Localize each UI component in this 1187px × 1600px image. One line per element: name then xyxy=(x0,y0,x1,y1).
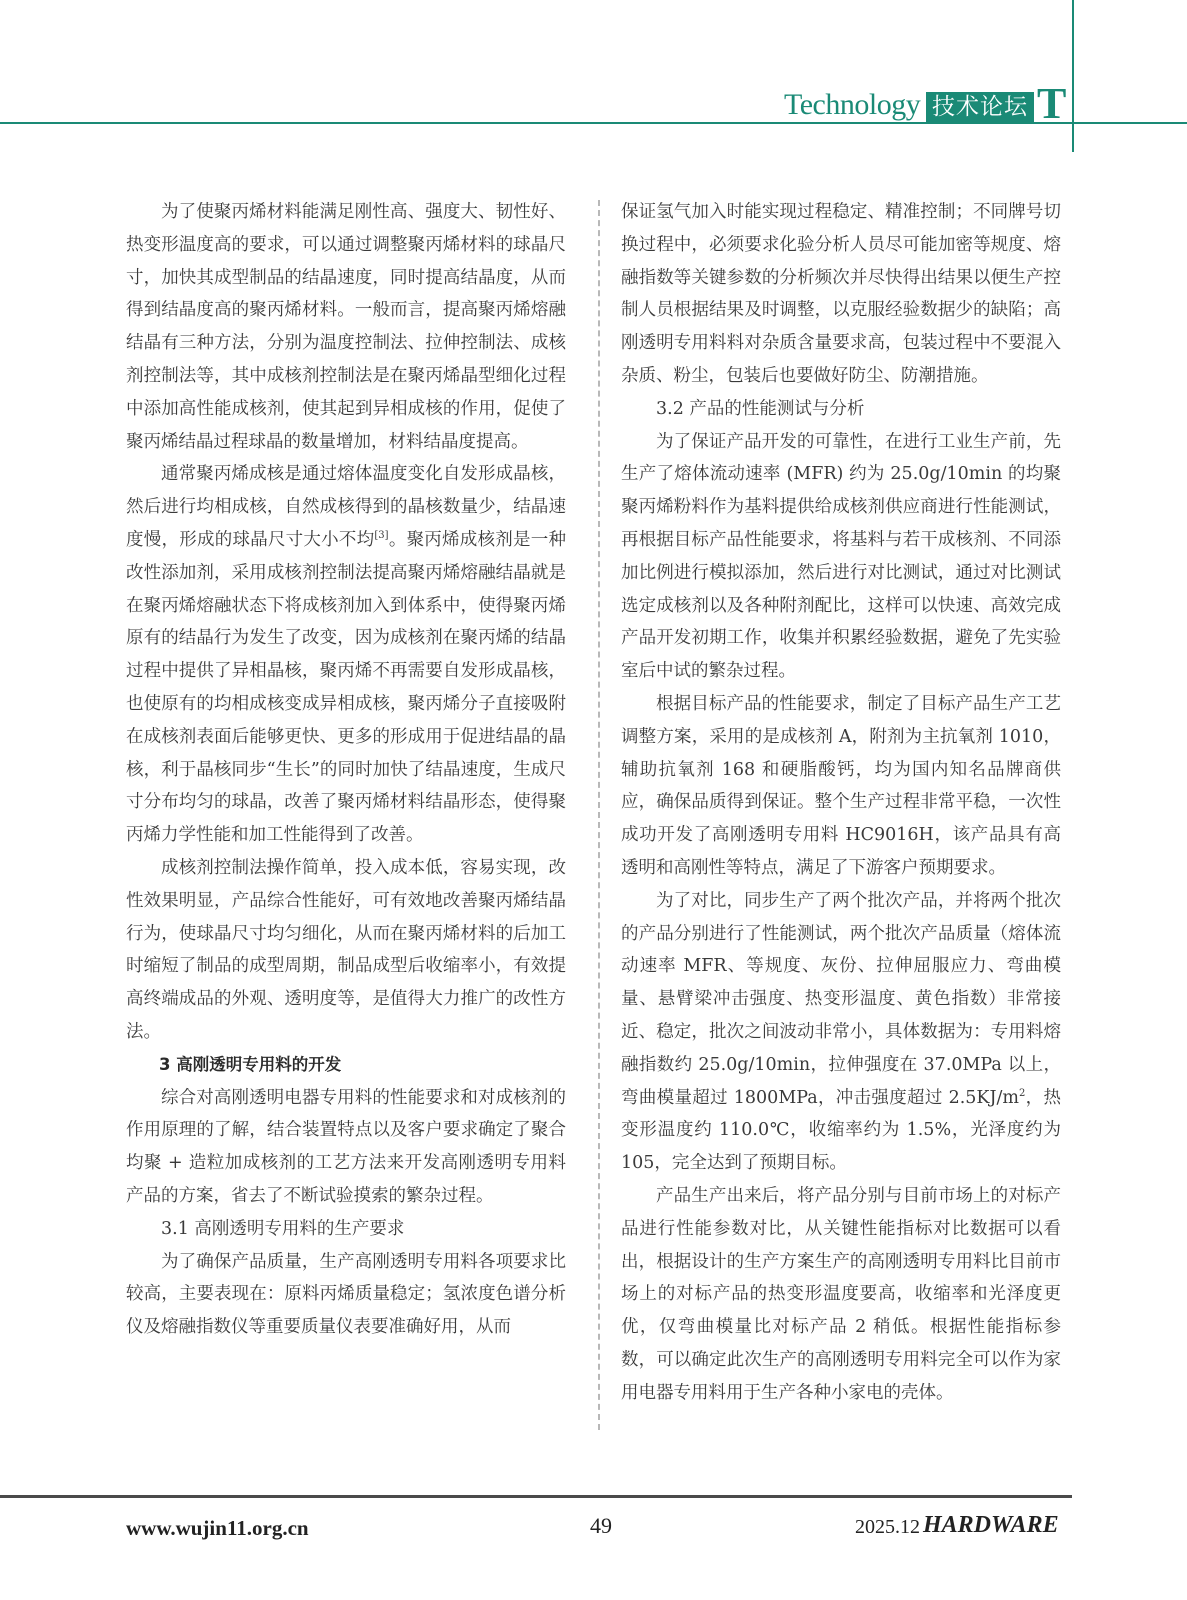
paragraph: 保证氢气加入时能实现过程稳定、精准控制；不同牌号切换过程中，必须要求化验分析人员… xyxy=(621,196,1061,393)
section-title-cn: 技术论坛 xyxy=(926,92,1034,122)
section-title-en: Technology xyxy=(784,88,920,122)
column-divider xyxy=(598,200,600,1430)
subsection-heading: 3.1 高刚透明专用料的生产要求 xyxy=(126,1213,566,1246)
issue-date: 2025.12 xyxy=(855,1516,920,1539)
right-column: 保证氢气加入时能实现过程稳定、精准控制；不同牌号切换过程中，必须要求化验分析人员… xyxy=(621,196,1061,1409)
paragraph: 为了对比，同步生产了两个批次产品，并将两个批次的产品分别进行了性能测试，两个批次… xyxy=(621,885,1061,1180)
header-rule xyxy=(0,122,1187,124)
paragraph: 为了确保产品质量，生产高刚透明专用料各项要求比较高，主要表现在：原料丙烯质量稳定… xyxy=(126,1246,566,1344)
footer-website: www.wujin11.org.cn xyxy=(126,1516,309,1541)
paragraph: 为了保证产品开发的可靠性，在进行工业生产前，先生产了熔体流动速率 (MFR) 约… xyxy=(621,426,1061,688)
left-column: 为了使聚丙烯材料能满足刚性高、强度大、韧性好、热变形温度高的要求，可以通过调整聚… xyxy=(126,196,566,1344)
subsection-heading: 3.2 产品的性能测试与分析 xyxy=(621,393,1061,426)
paragraph-text: 为了对比，同步生产了两个批次产品，并将两个批次的产品分别进行了性能测试，两个批次… xyxy=(621,891,1061,1108)
footer-rule xyxy=(0,1495,1072,1498)
paragraph-text: 。聚丙烯成核剂是一种改性添加剂，采用成核剂控制法提高聚丙烯熔融结晶就是在聚丙烯熔… xyxy=(126,530,566,845)
paragraph: 成核剂控制法操作简单，投入成本低，容易实现，改性效果明显，产品综合性能好，可有效… xyxy=(126,852,566,1049)
paragraph: 为了使聚丙烯材料能满足刚性高、强度大、韧性好、热变形温度高的要求，可以通过调整聚… xyxy=(126,196,566,458)
header-vertical-rule xyxy=(1072,0,1074,152)
magazine-name: HARDWARE xyxy=(923,1512,1059,1539)
paragraph: 产品生产出来后，将产品分别与目前市场上的对标产品进行性能参数对比，从关键性能指标… xyxy=(621,1180,1061,1410)
section-letter-logo: T xyxy=(1037,84,1066,124)
citation-ref: [3] xyxy=(374,530,388,541)
paragraph: 根据目标产品的性能要求，制定了目标产品生产工艺调整方案，采用的是成核剂 A，附剂… xyxy=(621,688,1061,885)
paragraph: 通常聚丙烯成核是通过熔体温度变化自发形成晶核，然后进行均相成核，自然成核得到的晶… xyxy=(126,458,566,852)
page-number: 49 xyxy=(590,1513,612,1539)
section-heading: 3 高刚透明专用料的开发 xyxy=(126,1049,566,1082)
paragraph: 综合对高刚透明电器专用料的性能要求和对成核剂的作用原理的了解，结合装置特点以及客… xyxy=(126,1082,566,1213)
